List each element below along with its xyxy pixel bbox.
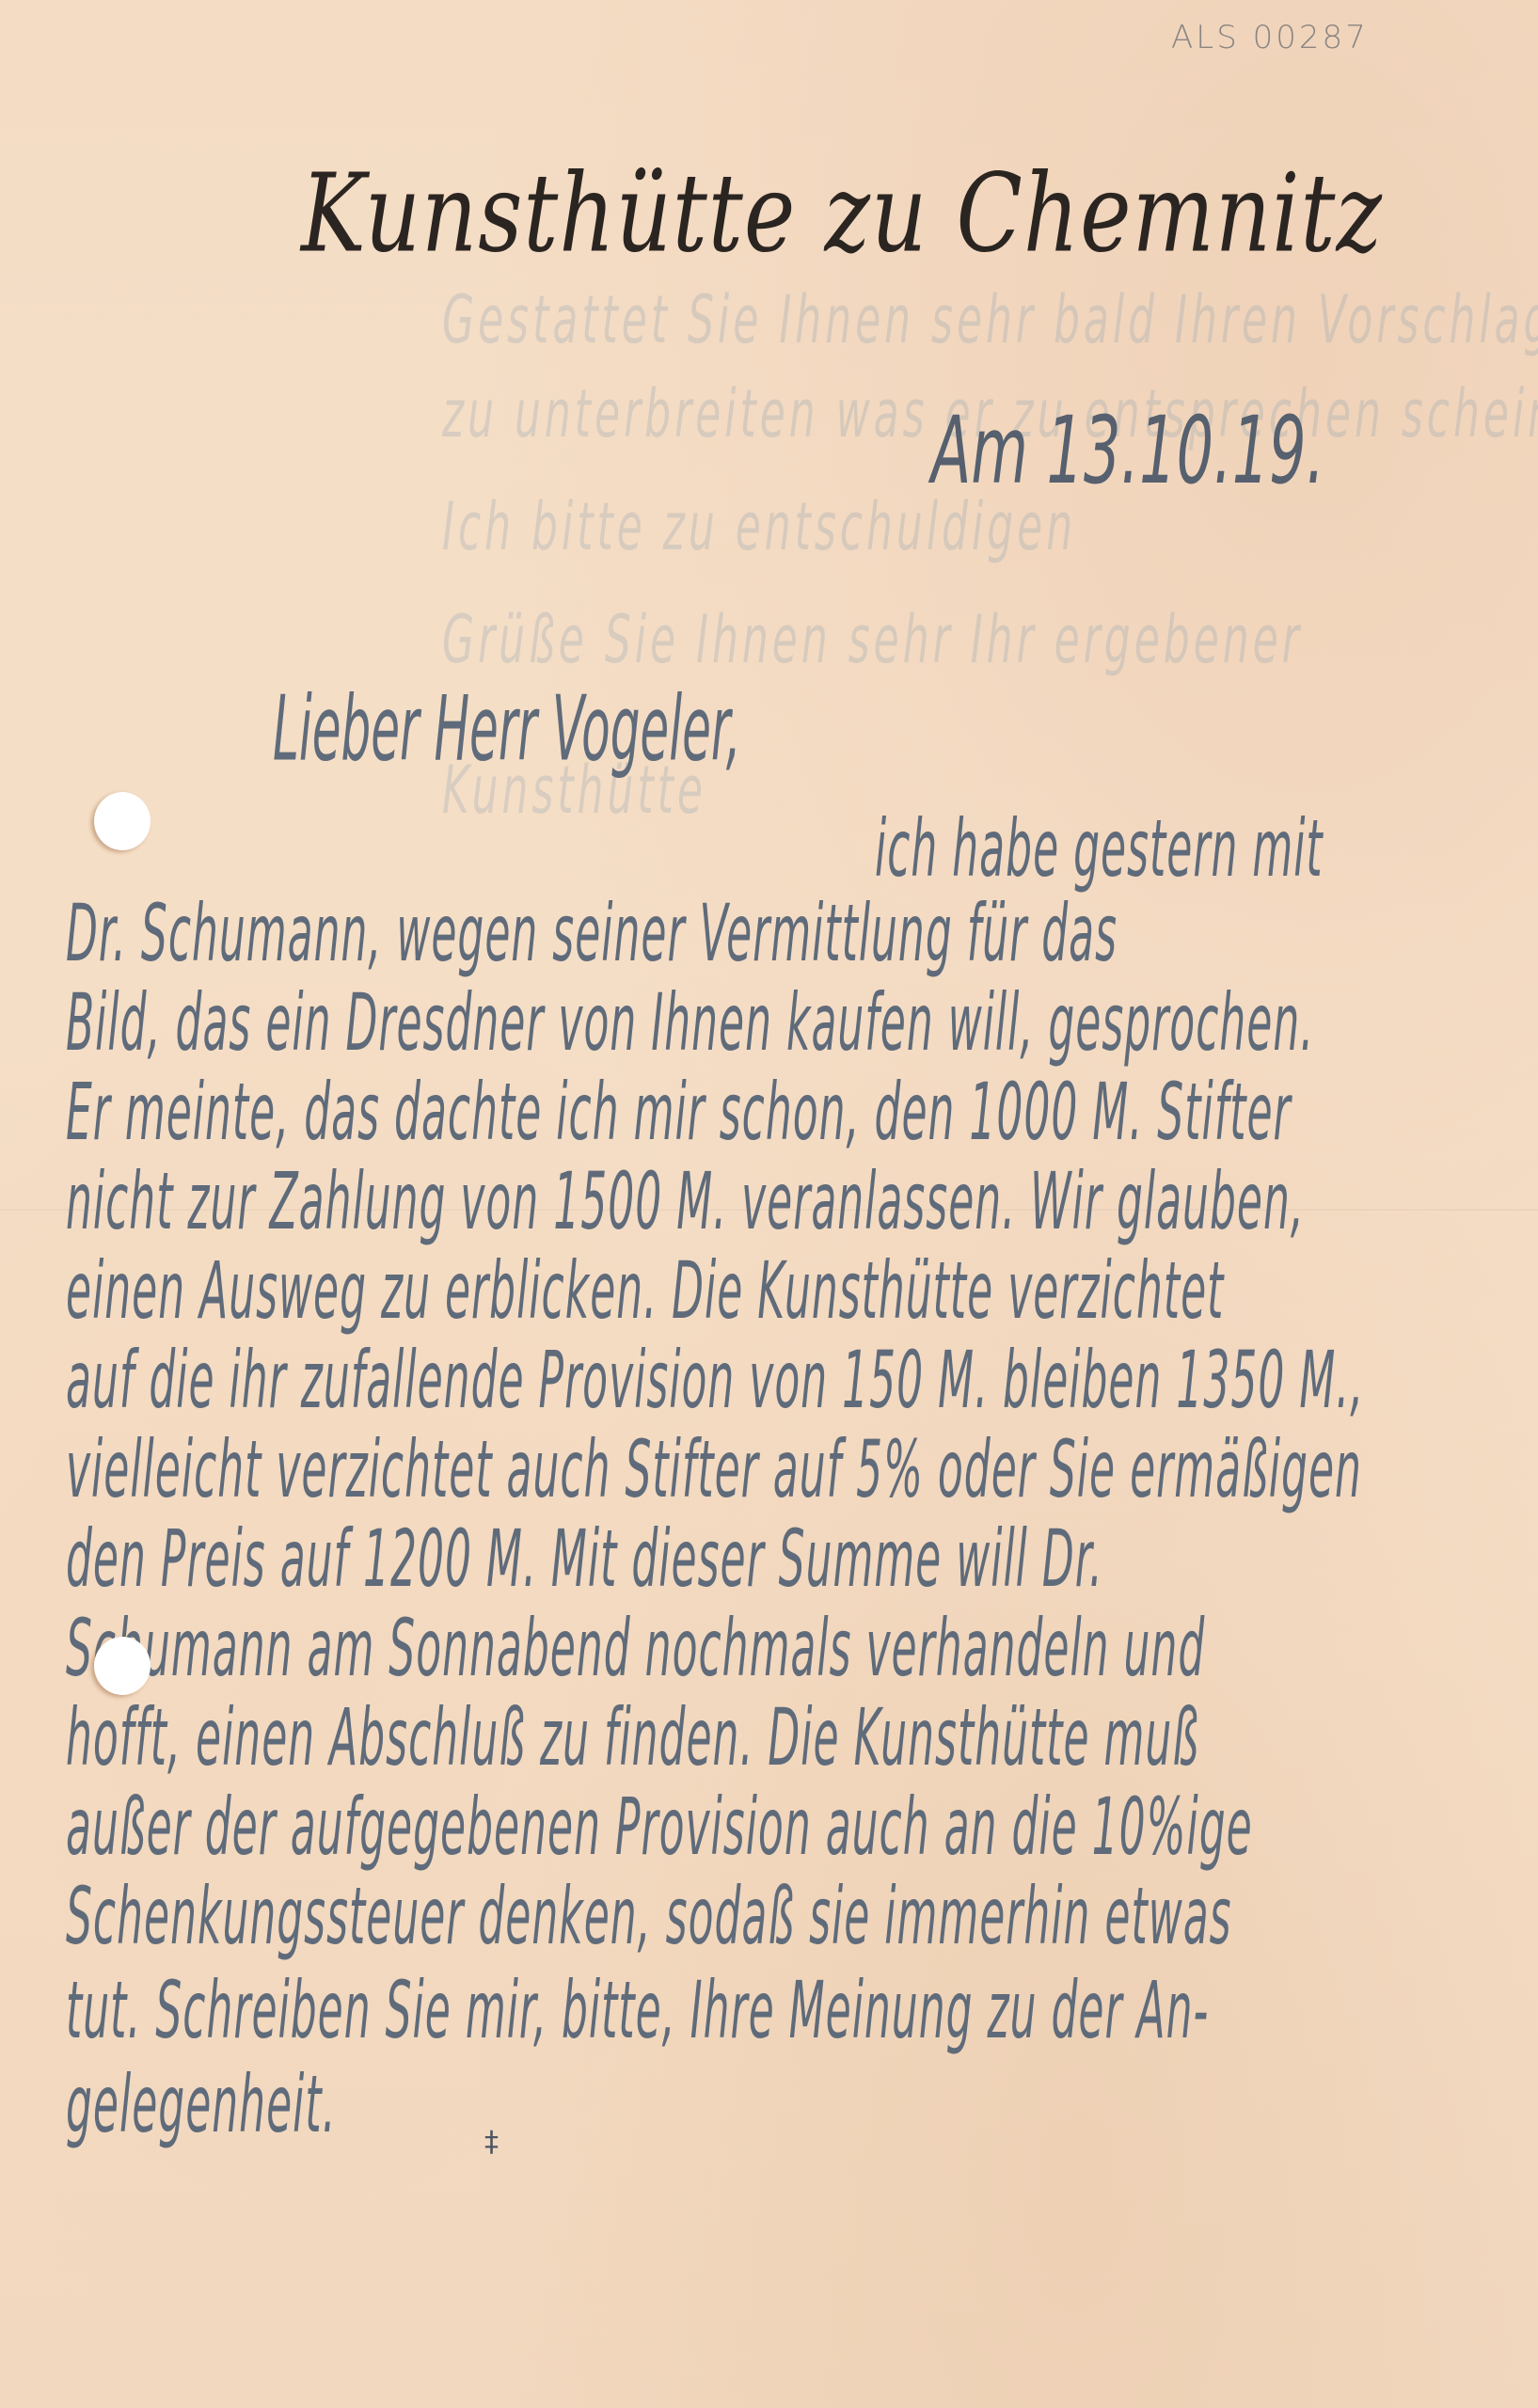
- archive-id-pencil-note: ALS 00287: [1171, 19, 1369, 56]
- salutation: Lieber Herr Vogeler,: [273, 677, 741, 781]
- body-line: Schenkungssteuer denken, sodaß sie immer…: [66, 1872, 1232, 1963]
- letter-date: Am 13.10.19.: [931, 395, 1324, 505]
- body-line: ich habe gestern mit: [875, 804, 1324, 895]
- body-line: gelegenheit.: [66, 2060, 337, 2151]
- body-line: einen Ausweg zu erblicken. Die Kunsthütt…: [66, 1246, 1224, 1338]
- body-line: den Preis auf 1200 M. Mit dieser Summe w…: [66, 1514, 1103, 1606]
- body-line: hofft, einen Abschluß zu finden. Die Kun…: [66, 1693, 1199, 1784]
- bleed-through-line: Gestattet Sie Ihnen sehr bald Ihren Vors…: [442, 282, 1538, 359]
- body-line: Bild, das ein Dresdner von Ihnen kaufen …: [66, 978, 1314, 1069]
- body-line: auf die ihr zufallende Provision von 150…: [66, 1336, 1364, 1427]
- bleed-through-line: Grüße Sie Ihnen sehr Ihr ergebener: [442, 602, 1303, 679]
- body-line: Schumann am Sonnabend nochmals verhandel…: [66, 1604, 1205, 1695]
- body-line: vielleicht verzichtet auch Stifter auf 5…: [66, 1425, 1362, 1516]
- punch-hole-top: [94, 792, 151, 850]
- body-line: Er meinte, das dachte ich mir schon, den…: [66, 1068, 1292, 1159]
- punch-hole-bottom: [94, 1637, 151, 1695]
- body-line: Dr. Schumann, wegen seiner Vermittlung f…: [66, 889, 1118, 980]
- body-line: tut. Schreiben Sie mir, bitte, Ihre Mein…: [66, 1966, 1209, 2057]
- letterhead-title: Kunsthütte zu Chemnitz: [301, 150, 1251, 277]
- body-line: nicht zur Zahlung von 1500 M. veranlasse…: [66, 1157, 1305, 1248]
- margin-mark: ‡: [484, 2126, 499, 2159]
- body-line: außer der aufgegebenen Provision auch an…: [66, 1782, 1253, 1874]
